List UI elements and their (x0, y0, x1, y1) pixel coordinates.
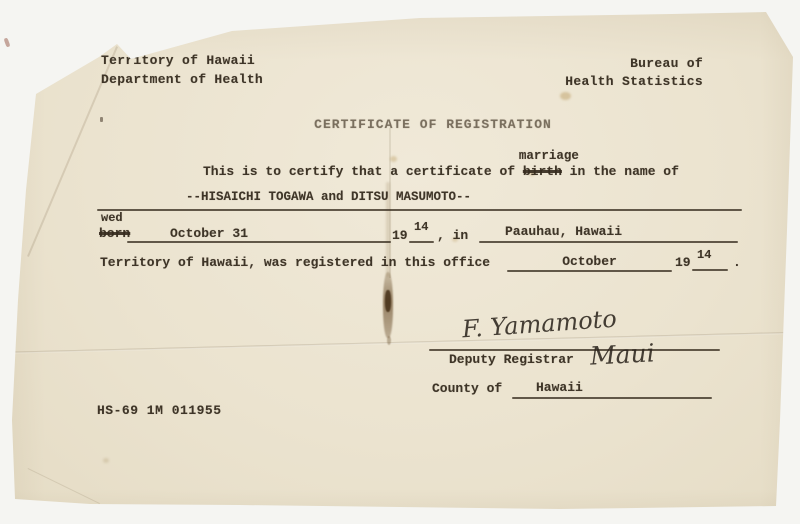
certificate-title: CERTIFICATE OF REGISTRATION (288, 117, 578, 132)
ink-stain-drip (387, 336, 391, 345)
form-number: HS-69 1M 011955 (97, 403, 222, 418)
in-label: , in (437, 228, 468, 243)
certify-sentence: This is to certify that a certificate of… (203, 164, 679, 179)
certify-text-after: in the name of (562, 164, 679, 179)
certify-text-before: This is to certify that a certificate of (203, 164, 523, 179)
agency-left-line2: Department of Health (101, 70, 263, 89)
county-label: County of (432, 381, 502, 396)
year-value: 14 (414, 220, 428, 234)
struck-birth-wrap: marriagebirth (523, 164, 562, 179)
agency-left: Territory of Hawaii Department of Health (101, 51, 263, 89)
month-value: October (507, 254, 672, 269)
background-speck (4, 38, 11, 48)
paper-spot (560, 92, 571, 100)
agency-right-line2: Health Statistics (470, 73, 703, 91)
sentence-period: . (733, 255, 741, 270)
name-line: --HISAICHI TOGAWA and DITSU MASUMOTO-- (186, 190, 471, 204)
handwritten-note: Maui (589, 338, 655, 370)
signature-underline (429, 349, 720, 351)
place-value: Paauhau, Hawaii (505, 224, 622, 239)
correction-wed: wed (101, 211, 123, 225)
year-prefix: 19 (392, 228, 408, 243)
agency-right-line1: Bureau of (470, 55, 703, 73)
fold-crease-corner (28, 468, 100, 504)
reg-year-prefix: 19 (675, 255, 691, 270)
registration-sentence: Territory of Hawaii, was registered in t… (100, 255, 490, 270)
name-underline (97, 209, 742, 211)
year-underline (409, 241, 434, 243)
stray-type-mark (100, 117, 103, 122)
struck-word-born: born (99, 226, 130, 241)
certificate-paper: Territory of Hawaii Department of Health… (0, 0, 800, 524)
month-underline (507, 270, 672, 272)
county-value: Hawaii (536, 380, 583, 395)
reg-year-underline (692, 269, 728, 271)
agency-right: Bureau of Health Statistics (470, 55, 703, 91)
correction-marriage: marriage (519, 149, 579, 163)
date-value: October 31 (170, 226, 248, 241)
paper-spot (390, 156, 397, 162)
scan-stage: Territory of Hawaii Department of Health… (0, 0, 800, 524)
date-underline (127, 241, 391, 243)
county-underline (512, 397, 712, 399)
ink-stain-core (385, 290, 391, 312)
place-underline (479, 241, 738, 243)
struck-word-birth: birth (523, 164, 562, 179)
signer-title: Deputy Registrar (449, 352, 574, 367)
paper-spot (103, 458, 109, 463)
agency-left-line1: Territory of Hawaii (101, 51, 263, 70)
reg-year-value: 14 (697, 248, 711, 262)
